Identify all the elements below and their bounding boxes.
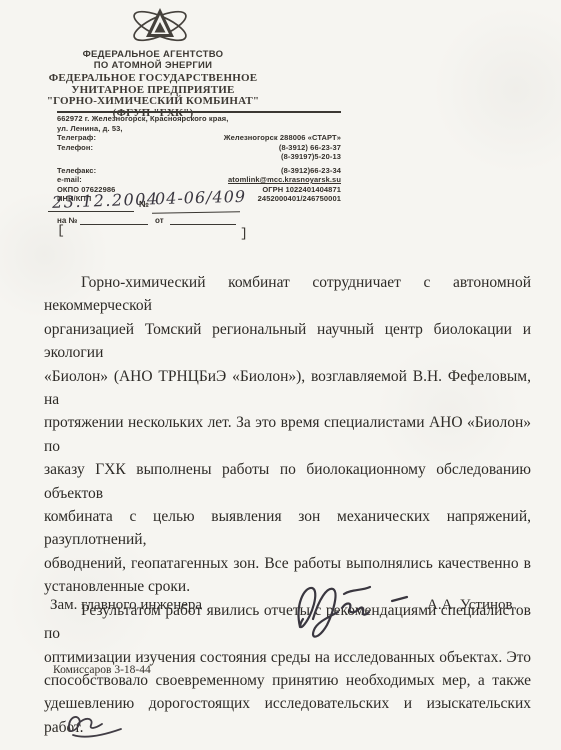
- contact-label: Телеграф:: [57, 133, 96, 143]
- address-line: ул. Ленина, д. 53,: [57, 124, 341, 134]
- agency-name-line: ПО АТОМНОЙ ЭНЕРГИИ: [43, 60, 263, 71]
- body-line: установленные сроки.: [44, 575, 531, 598]
- contact-row: Телефакс: (8-3912)66-23-34: [57, 166, 341, 176]
- doc-number-handwritten: 04-06/409: [155, 187, 247, 208]
- contact-value: (8-3912)66-23-34: [281, 166, 341, 176]
- handwritten-signature-icon: [291, 575, 417, 650]
- handwritten-initials-icon: [63, 710, 133, 747]
- addressee-bracket-close: ]: [240, 226, 248, 241]
- contact-value: (8-3912) 66-23-37: [279, 143, 341, 153]
- contact-label: Телефон:: [57, 143, 93, 153]
- body-line: протяжении нескольких лет. За это время …: [44, 411, 531, 458]
- federal-agency-name: ФЕДЕРАЛЬНОЕ АГЕНТСТВО ПО АТОМНОЙ ЭНЕРГИИ: [43, 49, 263, 71]
- contact-row: Телефон: (8-3912) 66-23-37: [57, 143, 341, 153]
- body-line: комбината с целью выявления зон механиче…: [44, 505, 531, 552]
- date-underline: [48, 211, 134, 212]
- number-sign: №: [139, 199, 149, 209]
- body-line: Горно-химический комбинат сотрудничает с…: [44, 271, 531, 318]
- contact-row: Телеграф: Железногорск 288006 «СТАРТ»: [57, 133, 341, 143]
- contact-value: ОГРН 1022401404871: [262, 185, 341, 195]
- email-value: atomlink@mcc.krasnoyarsk.su: [228, 175, 341, 185]
- body-line: обводнений, геопатагенных зон. Все работ…: [44, 552, 531, 575]
- org-name-line: ФЕДЕРАЛЬНОЕ ГОСУДАРСТВЕННОЕ: [43, 73, 263, 85]
- contact-label: e-mail:: [57, 175, 82, 185]
- body-line: заказу ГХК выполнены работы по биолокаци…: [44, 458, 531, 505]
- from-blank: [170, 224, 236, 225]
- contact-value: Железногорск 288006 «СТАРТ»: [224, 133, 341, 143]
- signature-title: Зам. главного инженера: [50, 597, 202, 614]
- agency-name-line: ФЕДЕРАЛЬНОЕ АГЕНТСТВО: [43, 49, 263, 60]
- body-line: «Биолон» (АНО ТРНЦБиЭ «Биолон»), возглав…: [44, 365, 531, 412]
- number-underline: [152, 211, 240, 214]
- contact-row: e-mail: atomlink@mcc.krasnoyarsk.su: [57, 175, 341, 185]
- atom-logo-icon: [128, 4, 192, 53]
- contact-label: Телефакс:: [57, 166, 96, 176]
- from-label: от: [155, 216, 164, 225]
- address-line: 662972 г. Железногорск, Красноярского кр…: [57, 114, 341, 124]
- contact-value: 2452000401/246750001: [258, 194, 341, 204]
- body-line: организацией Томский региональный научны…: [44, 318, 531, 365]
- contact-row: (8-39197)5-20-13: [57, 152, 341, 162]
- addressee-bracket-open: [: [57, 223, 65, 238]
- org-name-line: "ГОРНО-ХИМИЧЕСКИЙ КОМБИНАТ": [43, 96, 263, 108]
- executor-line: Комиссаров 3-18-44: [53, 664, 151, 676]
- reply-to-blank: [80, 224, 148, 225]
- scanned-letter-page: ФЕДЕРАЛЬНОЕ АГЕНТСТВО ПО АТОМНОЙ ЭНЕРГИИ…: [0, 0, 561, 750]
- contact-value: (8-39197)5-20-13: [281, 152, 341, 162]
- signatory-name: А.А. Устинов: [427, 597, 513, 614]
